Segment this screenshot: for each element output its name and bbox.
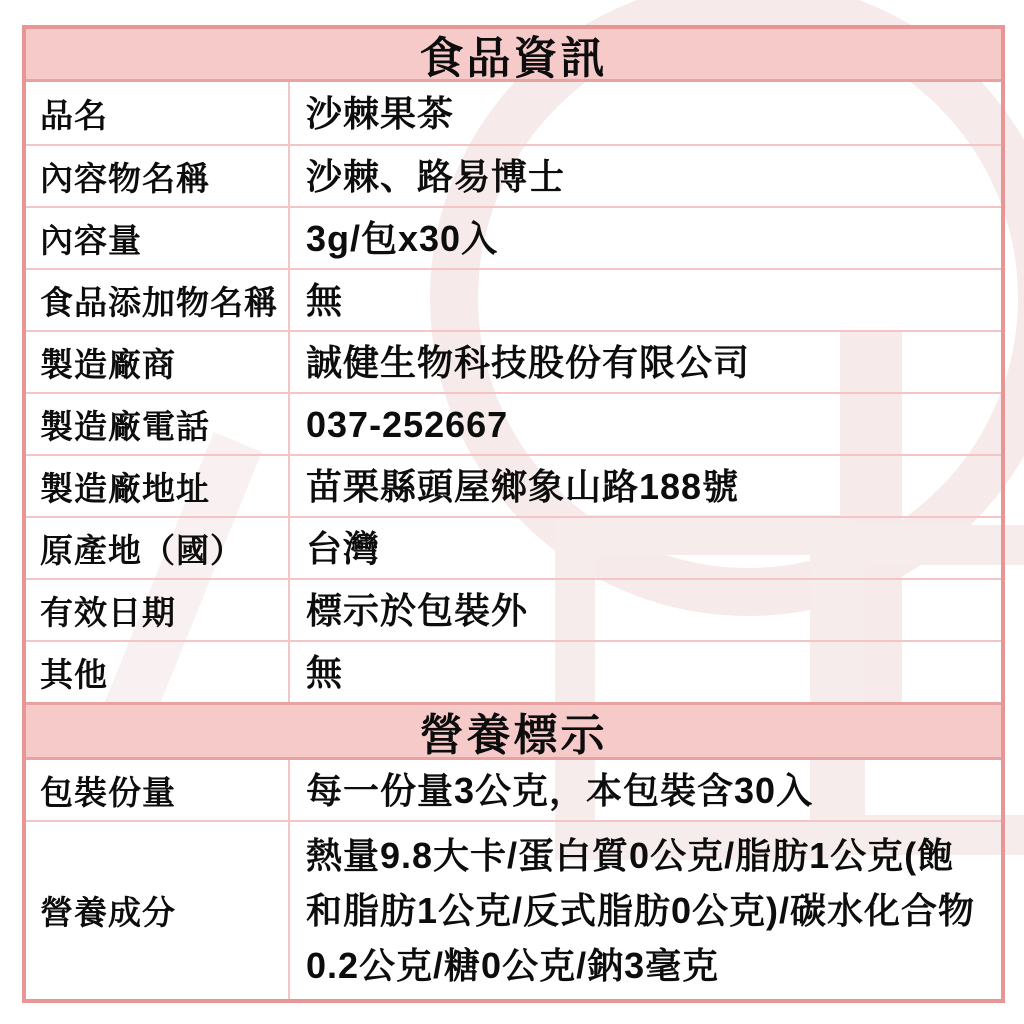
table-row-serving-size: 包裝份量 每一份量3公克，本包裝含30入	[26, 760, 1001, 820]
row-value: 熱量9.8大卡/蛋白質0公克/脂肪1公克(飽和脂肪1公克/反式脂肪0公克)/碳水…	[288, 822, 1001, 999]
row-value: 無	[288, 270, 1001, 330]
row-label: 食品添加物名稱	[26, 270, 288, 330]
row-value: 沙棘果茶	[288, 82, 1001, 144]
row-value: 沙棘、路易博士	[288, 146, 1001, 206]
table-row-origin-country: 原產地（國） 台灣	[26, 516, 1001, 578]
row-label: 有效日期	[26, 580, 288, 640]
row-value: 台灣	[288, 518, 1001, 578]
section-header-nutrition: 營養標示	[26, 702, 1001, 760]
table-row-contents-name: 內容物名稱 沙棘、路易博士	[26, 144, 1001, 206]
row-label: 內容物名稱	[26, 146, 288, 206]
row-value: 037-252667	[288, 394, 1001, 454]
row-value: 苗栗縣頭屋鄉象山路188號	[288, 456, 1001, 516]
table-row-product-name: 品名 沙棘果茶	[26, 82, 1001, 144]
section-header-food-info: 食品資訊	[26, 29, 1001, 82]
food-label-page: 食品資訊 品名 沙棘果茶 內容物名稱 沙棘、路易博士 內容量 3g/包x30入 …	[0, 0, 1024, 1024]
table-row-manufacturer: 製造廠商 誠健生物科技股份有限公司	[26, 330, 1001, 392]
table-row-nutrition-facts: 營養成分 熱量9.8大卡/蛋白質0公克/脂肪1公克(飽和脂肪1公克/反式脂肪0公…	[26, 820, 1001, 999]
row-label: 製造廠商	[26, 332, 288, 392]
table-row-other: 其他 無	[26, 640, 1001, 702]
row-label: 品名	[26, 82, 288, 144]
row-label: 製造廠地址	[26, 456, 288, 516]
row-value: 3g/包x30入	[288, 208, 1001, 268]
food-info-table: 食品資訊 品名 沙棘果茶 內容物名稱 沙棘、路易博士 內容量 3g/包x30入 …	[22, 25, 1005, 1003]
row-value: 無	[288, 642, 1001, 702]
row-label: 其他	[26, 642, 288, 702]
row-value: 誠健生物科技股份有限公司	[288, 332, 1001, 392]
table-row-net-content: 內容量 3g/包x30入	[26, 206, 1001, 268]
row-value: 每一份量3公克，本包裝含30入	[288, 760, 1001, 820]
table-row-manufacturer-address: 製造廠地址 苗栗縣頭屋鄉象山路188號	[26, 454, 1001, 516]
row-label: 製造廠電話	[26, 394, 288, 454]
row-label: 營養成分	[26, 822, 288, 999]
row-label: 內容量	[26, 208, 288, 268]
table-row-expiry-date: 有效日期 標示於包裝外	[26, 578, 1001, 640]
row-label: 原產地（國）	[26, 518, 288, 578]
table-row-manufacturer-phone: 製造廠電話 037-252667	[26, 392, 1001, 454]
table-row-additives: 食品添加物名稱 無	[26, 268, 1001, 330]
row-label: 包裝份量	[26, 760, 288, 820]
row-value: 標示於包裝外	[288, 580, 1001, 640]
